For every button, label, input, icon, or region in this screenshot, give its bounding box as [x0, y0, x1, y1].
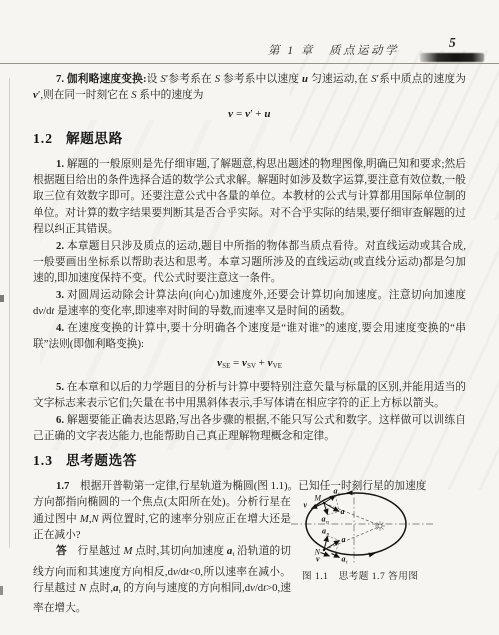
section-title: 解题思路: [66, 131, 123, 146]
sun-icon: [375, 521, 385, 531]
item-paragraph-1: 1. 解题的一般原则是先仔细审题,了解题意,构思出题述的物理图像,明确已知和要求…: [33, 156, 466, 238]
label-a-t-sub-at-N: t: [346, 559, 348, 565]
section-title: 思考题选答: [66, 453, 137, 468]
tangential-accel-vector-N: [332, 553, 340, 557]
label-a-t-at-N: a: [342, 554, 346, 563]
question-text-column: 方向都指向椭圆的一个焦点(太阳所在处)。分析行星在通过图中 M,N 两位置时,它…: [33, 494, 291, 617]
label-v-at-N: v: [316, 554, 320, 563]
formula-galileo: v = v′ + u: [33, 106, 466, 122]
velocity-vector-N: [321, 552, 330, 556]
answer-paragraph: 答 行星越过 M 点时,其切向加速度 at 沿轨道的切线方向而和其速度方向相反,…: [33, 543, 291, 616]
section-number: 1.3: [33, 453, 53, 468]
label-a-n-at-M: a: [322, 514, 326, 523]
label-v-at-M: v: [304, 500, 308, 509]
label-a-at-N: a: [342, 535, 346, 544]
orbit-direction-arrow-top: [346, 490, 352, 495]
section-number: 1.2: [33, 131, 53, 146]
radius-line-N: [324, 527, 378, 550]
page-edge-shadow: [9, 78, 10, 548]
item-paragraph-5: 5. 在本章和以后的力学题目的分析与计算中要特别注意矢量与标量的区别,并能用适当…: [33, 379, 466, 412]
question-rest: 方向都指向椭圆的一个焦点(太阳所在处)。分析行星在通过图中 M,N 两位置时,它…: [33, 494, 291, 543]
page-number: 5: [449, 35, 456, 51]
figure-caption: 图 1.1 思考题 1.7 答用图: [289, 569, 479, 585]
label-a-t-at-M: a: [334, 486, 338, 495]
item-paragraph-6: 6. 解题要能正确表达思路,写出各步骤的根据,不能只写公式和数字。这样做可以训练…: [33, 412, 466, 445]
section-heading-1-3: 1.3思考题选答: [33, 453, 466, 469]
scan-edge-mark: [0, 295, 4, 302]
label-a-n-sub-at-N: n: [327, 531, 330, 537]
label-a-n-at-N: a: [322, 526, 326, 535]
radius-line-M: [324, 503, 378, 525]
paragraph-galileo-transform: 7. 伽利略速度变换:设 S′参考系在 S 参考系中以速度 u 匀速运动,在 S…: [33, 71, 466, 104]
label-a-n-sub-at-M: n: [326, 519, 329, 525]
ink-smudge-stamp: [420, 53, 484, 62]
page-body: 7. 伽利略速度变换:设 S′参考系在 S 参考系中以速度 u 匀速运动,在 S…: [33, 71, 466, 617]
question-1-7-section: 1.7 根据开普勒第一定律,行星轨道为椭圆(图 1.1)。已知任一时刻行星的加速…: [33, 478, 466, 617]
formula-velocity-chain: vSE = vSV + vVE: [33, 355, 466, 375]
orbit-diagram: M N v a t a a n a n a v a t: [289, 480, 479, 568]
item-paragraph-3: 3. 对圆周运动除会计算法向(向心)加速度外,还要会计算切向加速度。注意切向加速…: [33, 287, 466, 320]
scan-edge-mark: [0, 586, 3, 595]
running-head-chapter-title: 第 1 章 质点运动学: [268, 42, 399, 58]
scanned-textbook-page: 第 1 章 质点运动学 5 7. 伽利略速度变换:设 S′参考系在 S 参考系中…: [0, 0, 499, 635]
figure-1-1: M N v a t a a n a n a v a t 图 1.1 思考题 1.…: [289, 480, 479, 585]
section-heading-1-2: 1.2解题思路: [33, 131, 466, 147]
header-rule: [0, 63, 499, 64]
item-paragraph-4: 4. 在速度变换的计算中,要十分明确各个速度是“谁对谁”的速度,要会用速度变换的…: [33, 320, 466, 353]
orbit-direction-arrow-bottom: [368, 551, 375, 557]
label-a-at-M: a: [341, 507, 345, 516]
item-paragraph-2: 2. 本章题目只涉及质点的运动,题目中所指的物体都当质点看待。对直线运动或其合成…: [33, 238, 466, 287]
label-M: M: [313, 493, 322, 502]
